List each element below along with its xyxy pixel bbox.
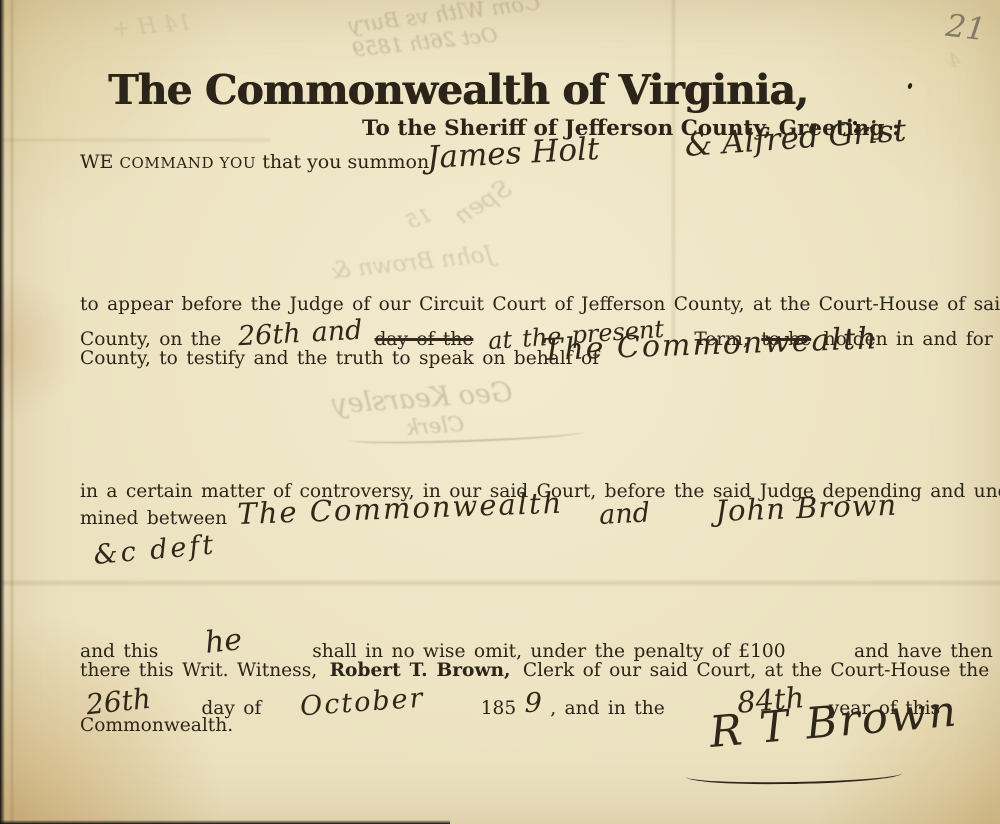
paragraph2-line3: County, to testify and the truth to spea… (80, 348, 599, 369)
handwritten-month: October (299, 683, 425, 723)
document-title: The Commonwealth of Virginia, (108, 66, 808, 114)
p4-and-in-the: , and in the (550, 698, 664, 719)
p4-year-printed: 185 (481, 698, 517, 719)
command-we: WE (80, 151, 113, 173)
bleedthrough-text: 4 (948, 48, 961, 72)
handwritten-and: and (598, 497, 650, 531)
command-line: WE COMMAND YOU that you summon (80, 151, 429, 173)
clerk-name: Robert T. Brown, (330, 660, 511, 681)
p4-and-have-then: and have then (854, 641, 993, 662)
scan-edge-bottom (0, 820, 450, 824)
document-scan: Com Wlth vs Bury Oct 26th 1859 14 H + Sp… (0, 0, 1000, 824)
paragraph2-line1: to appear before the Judge of our Circui… (80, 294, 1000, 315)
ink-speck (854, 129, 858, 133)
paragraph4-line4: Commonwealth. (80, 715, 233, 736)
handwritten-party-john-brown: John Brown (715, 488, 898, 528)
paragraph4-line2: there this Writ. Witness, Robert T. Brow… (80, 660, 989, 681)
handwritten-year-digit: 9 (525, 688, 542, 719)
command-rest: that you summon (262, 151, 429, 173)
pencil-page-number: 21 (944, 8, 988, 49)
scan-edge-left (0, 0, 5, 824)
command-smallcaps: COMMAND YOU (119, 154, 256, 172)
p4-shall: shall in no wise omit, under the penalty… (312, 641, 785, 662)
p2-county-on-the: County, on the (80, 329, 221, 350)
handwritten-he-insert: he (203, 622, 244, 661)
ink-speck (853, 121, 857, 125)
handwritten-date-insert: 26th and (237, 315, 363, 352)
p4-witness: there this Writ. Witness, (80, 660, 317, 681)
paragraph3-line2: mined between (80, 508, 227, 529)
p4-clerk-of: Clerk of our said Court, at the Court-Ho… (523, 660, 989, 681)
struck-day-of-the: day of the (375, 329, 474, 350)
p4-and-this: and this (80, 641, 158, 662)
